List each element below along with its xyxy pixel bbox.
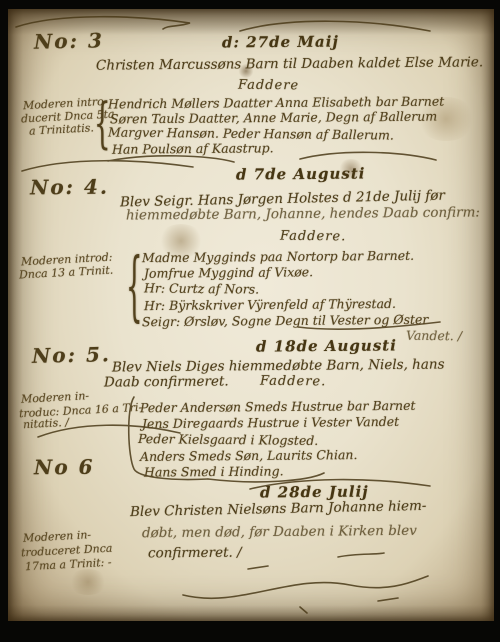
witness-wrap-line: Vandet. / bbox=[406, 328, 462, 344]
entry-body-line: døbt, men død, før Daaben i Kirken blev bbox=[142, 523, 417, 541]
witness-line: Peder Andersøn Smeds Hustrue bar Barnet bbox=[140, 398, 416, 415]
entry-body-line: Blev Niels Diges hiemmedøbte Barn, Niels… bbox=[112, 357, 445, 376]
entry-body-line: confirmeret. / bbox=[148, 545, 242, 562]
witness-line: Jens Diregaards Hustrue i Vester Vandet bbox=[142, 414, 399, 431]
entry-date: d: 27de Maij bbox=[222, 32, 339, 51]
witness-line: Han Poulsøn af Kaastrup. bbox=[112, 140, 274, 156]
faddere-heading: Faddere. bbox=[280, 229, 346, 245]
margin-note-line: nitatis. / bbox=[23, 416, 69, 431]
faddere-heading: Faddere. bbox=[260, 374, 326, 390]
entry-number: No 6 bbox=[34, 455, 95, 480]
margin-note-line: a Trinitatis. bbox=[29, 121, 94, 137]
witness-line: Seigr: Ørsløv, Sogne Degn til Vester og … bbox=[142, 312, 429, 329]
entry-number: No: 3 bbox=[34, 28, 104, 53]
register-page-scan: No: 3 d: 27de Maij Christen Marcussøns B… bbox=[0, 0, 500, 642]
entry-body-line: Blev Christen Nielsøns Barn Johanne hiem… bbox=[130, 498, 427, 520]
witness-line: Hr: Curtz af Nors. bbox=[144, 280, 259, 296]
witness-line: Søren Tauls Daatter, Anne Marie, Degn af… bbox=[110, 109, 437, 127]
witness-line: Peder Kielsgaard i Klogsted. bbox=[138, 431, 318, 448]
witness-brace: { bbox=[126, 245, 143, 332]
entry-body-line: Daab confirmeret. bbox=[104, 373, 229, 390]
witness-line: Anders Smeds Søn, Laurits Chian. bbox=[140, 447, 358, 464]
witness-line: Hr: Bÿrkskriver Vÿrenfeld af Thÿrestad. bbox=[144, 296, 396, 313]
entry-body-line: Christen Marcussøns Barn til Daaben kald… bbox=[96, 54, 483, 73]
entry-date: d 18de Augusti bbox=[256, 336, 397, 355]
witness-line: Madme Mygginds paa Nortorp bar Barnet. bbox=[142, 248, 414, 265]
entry-date: d 7de Augusti bbox=[236, 164, 366, 183]
witness-line: Jomfrue Myggind af Vixøe. bbox=[144, 264, 313, 280]
paper: No: 3 d: 27de Maij Christen Marcussøns B… bbox=[8, 9, 494, 621]
faddere-heading: Faddere bbox=[238, 78, 299, 94]
entry-number: No: 4. bbox=[30, 175, 109, 200]
ink-stain bbox=[68, 569, 108, 595]
witness-line: Hans Smed i Hinding. bbox=[144, 463, 284, 479]
entry-body-line: hiemmedøbte Barn, Johanne, hendes Daab c… bbox=[126, 204, 480, 223]
entry-number: No: 5. bbox=[32, 342, 111, 368]
